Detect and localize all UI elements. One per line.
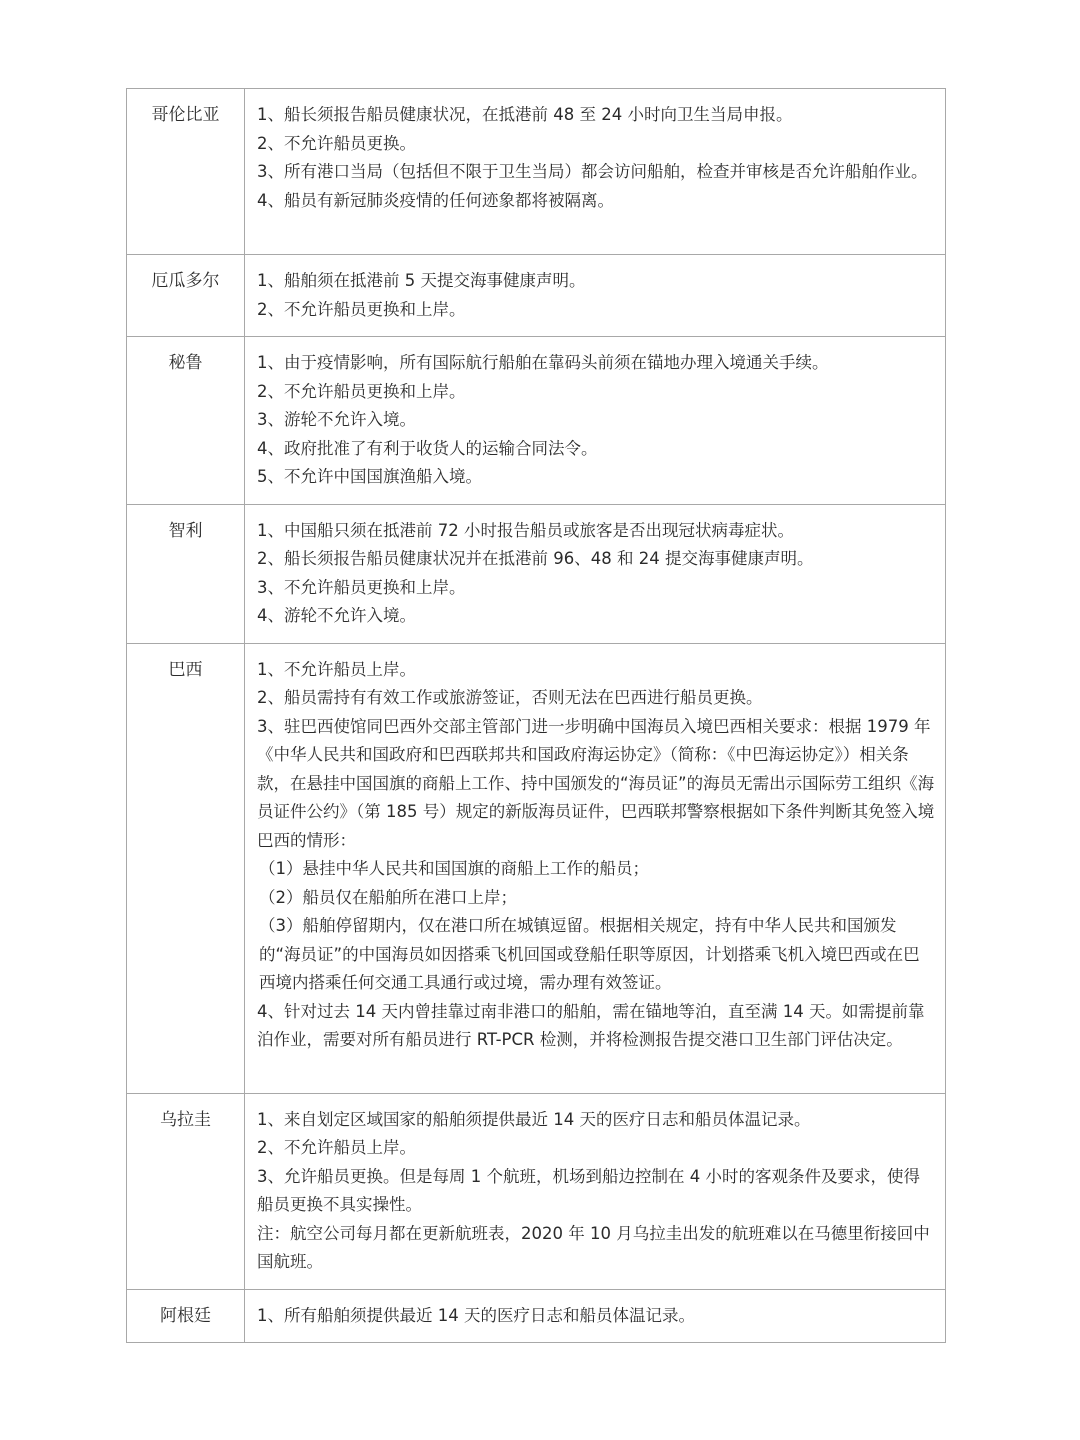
- country-cell: 智利: [127, 504, 245, 643]
- rule-item: 2、不允许船员更换。: [257, 130, 935, 159]
- rule-item: 4、针对过去 14 天内曾挂靠过南非港口的船舶，需在锚地等泊，直至满 14 天。…: [257, 998, 935, 1055]
- rules-cell: 1、由于疫情影响，所有国际航行船舶在靠码头前须在锚地办理入境通关手续。2、不允许…: [245, 337, 946, 505]
- rule-item: 3、所有港口当局（包括但不限于卫生当局）都会访问船舶，检查并审核是否允许船舶作业…: [257, 158, 935, 187]
- country-cell: 厄瓜多尔: [127, 255, 245, 337]
- rule-item: 3、游轮不允许入境。: [257, 406, 935, 435]
- country-cell: 乌拉圭: [127, 1093, 245, 1289]
- port-policy-table: 哥伦比亚1、船长须报告船员健康状况，在抵港前 48 至 24 小时向卫生当局申报…: [126, 88, 946, 1343]
- rule-item: 2、不允许船员更换和上岸。: [257, 296, 935, 325]
- rule-item: （3）船舶停留期内，仅在港口所在城镇逗留。根据相关规定，持有中华人民共和国颁发的…: [257, 912, 935, 998]
- rule-item: 2、不允许船员上岸。: [257, 1134, 935, 1163]
- rule-item: 2、船员需持有有效工作或旅游签证，否则无法在巴西进行船员更换。: [257, 684, 935, 713]
- rule-item: 1、船舶须在抵港前 5 天提交海事健康声明。: [257, 267, 935, 296]
- rule-item: 4、游轮不允许入境。: [257, 602, 935, 631]
- table-body: 哥伦比亚1、船长须报告船员健康状况，在抵港前 48 至 24 小时向卫生当局申报…: [127, 89, 946, 1343]
- rule-item: （1）悬挂中华人民共和国国旗的商船上工作的船员；: [257, 855, 935, 884]
- rule-item: 3、允许船员更换。但是每周 1 个航班，机场到船边控制在 4 小时的客观条件及要…: [257, 1163, 935, 1220]
- rule-item: 1、中国船只须在抵港前 72 小时报告船员或旅客是否出现冠状病毒症状。: [257, 517, 935, 546]
- table-row: 厄瓜多尔1、船舶须在抵港前 5 天提交海事健康声明。2、不允许船员更换和上岸。: [127, 255, 946, 337]
- country-cell: 巴西: [127, 643, 245, 1093]
- rules-cell: 1、来自划定区域国家的船舶须提供最近 14 天的医疗日志和船员体温记录。2、不允…: [245, 1093, 946, 1289]
- rule-item: 2、不允许船员更换和上岸。: [257, 378, 935, 407]
- rule-item: 注：航空公司每月都在更新航班表，2020 年 10 月乌拉圭出发的航班难以在马德…: [257, 1220, 935, 1277]
- rule-item: 2、船长须报告船员健康状况并在抵港前 96、48 和 24 提交海事健康声明。: [257, 545, 935, 574]
- rule-item: 5、不允许中国国旗渔船入境。: [257, 463, 935, 492]
- country-cell: 哥伦比亚: [127, 89, 245, 255]
- rule-item: 1、来自划定区域国家的船舶须提供最近 14 天的医疗日志和船员体温记录。: [257, 1106, 935, 1135]
- table-row: 哥伦比亚1、船长须报告船员健康状况，在抵港前 48 至 24 小时向卫生当局申报…: [127, 89, 946, 255]
- table-row: 秘鲁1、由于疫情影响，所有国际航行船舶在靠码头前须在锚地办理入境通关手续。2、不…: [127, 337, 946, 505]
- rule-item: 1、不允许船员上岸。: [257, 656, 935, 685]
- table-row: 智利1、中国船只须在抵港前 72 小时报告船员或旅客是否出现冠状病毒症状。2、船…: [127, 504, 946, 643]
- rule-item: 1、所有船舶须提供最近 14 天的医疗日志和船员体温记录。: [257, 1302, 935, 1331]
- table-row: 乌拉圭1、来自划定区域国家的船舶须提供最近 14 天的医疗日志和船员体温记录。2…: [127, 1093, 946, 1289]
- rules-cell: 1、船长须报告船员健康状况，在抵港前 48 至 24 小时向卫生当局申报。2、不…: [245, 89, 946, 255]
- rules-cell: 1、中国船只须在抵港前 72 小时报告船员或旅客是否出现冠状病毒症状。2、船长须…: [245, 504, 946, 643]
- table-row: 巴西1、不允许船员上岸。2、船员需持有有效工作或旅游签证，否则无法在巴西进行船员…: [127, 643, 946, 1093]
- rule-item: 3、驻巴西使馆同巴西外交部主管部门进一步明确中国海员入境巴西相关要求：根据 19…: [257, 713, 935, 856]
- rules-cell: 1、船舶须在抵港前 5 天提交海事健康声明。2、不允许船员更换和上岸。: [245, 255, 946, 337]
- rule-item: 4、船员有新冠肺炎疫情的任何迹象都将被隔离。: [257, 187, 935, 216]
- rule-item: 3、不允许船员更换和上岸。: [257, 574, 935, 603]
- country-cell: 秘鲁: [127, 337, 245, 505]
- rule-item: 1、由于疫情影响，所有国际航行船舶在靠码头前须在锚地办理入境通关手续。: [257, 349, 935, 378]
- rule-item: 1、船长须报告船员健康状况，在抵港前 48 至 24 小时向卫生当局申报。: [257, 101, 935, 130]
- rule-item: （2）船员仅在船舶所在港口上岸；: [257, 884, 935, 913]
- rule-item: 4、政府批准了有利于收货人的运输合同法令。: [257, 435, 935, 464]
- country-cell: 阿根廷: [127, 1289, 245, 1343]
- table-row: 阿根廷1、所有船舶须提供最近 14 天的医疗日志和船员体温记录。: [127, 1289, 946, 1343]
- rules-cell: 1、不允许船员上岸。2、船员需持有有效工作或旅游签证，否则无法在巴西进行船员更换…: [245, 643, 946, 1093]
- rules-cell: 1、所有船舶须提供最近 14 天的医疗日志和船员体温记录。: [245, 1289, 946, 1343]
